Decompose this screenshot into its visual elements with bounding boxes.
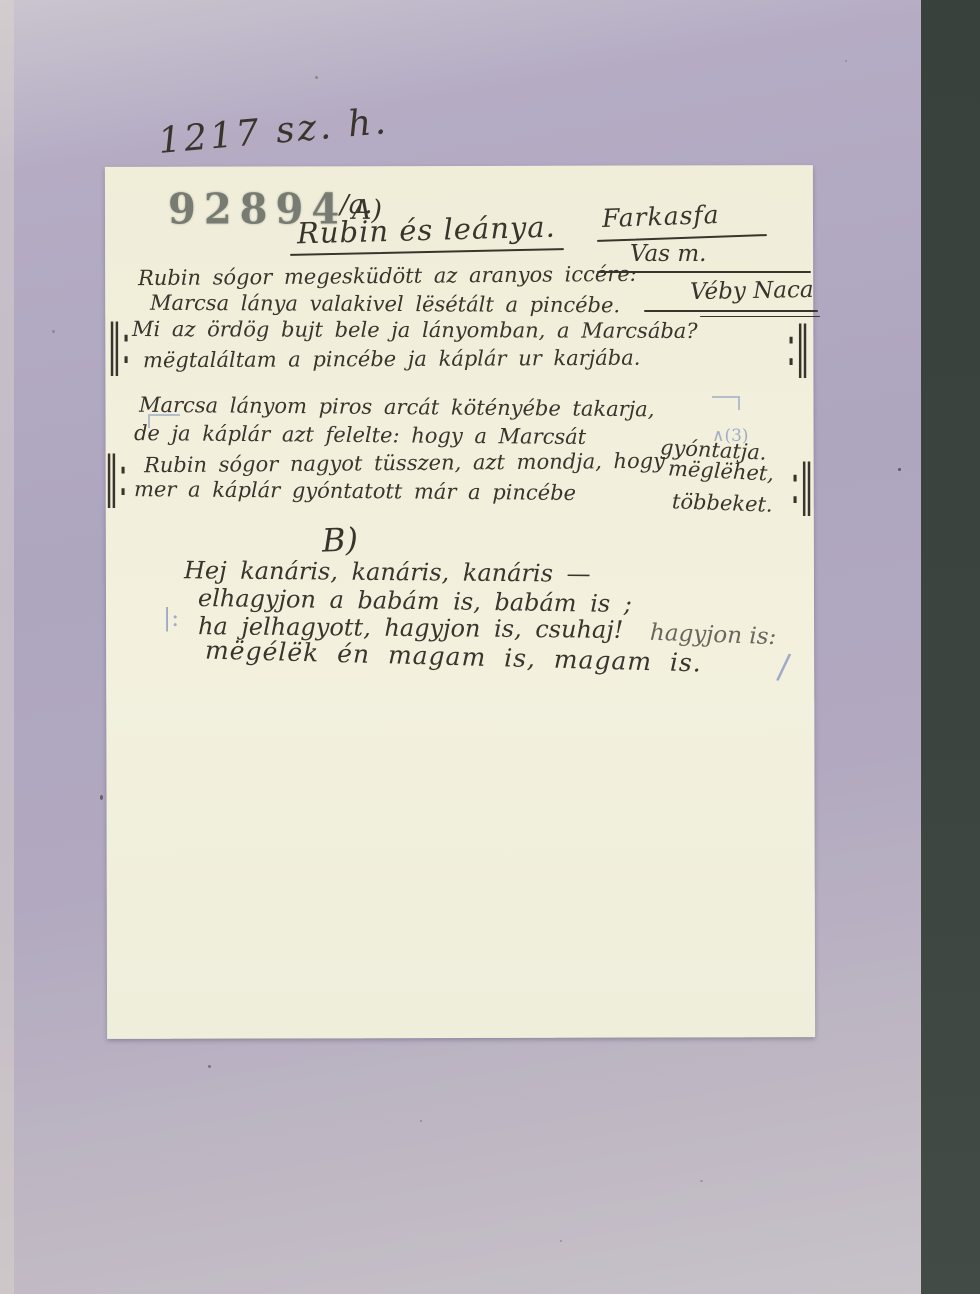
scan-dark-edge	[921, 0, 980, 1294]
paper-fleck	[898, 468, 901, 471]
verse-line: Mi az ördög bujt bele ja lányomban, a Ma…	[132, 319, 698, 342]
verse-line: Marcsa lányom piros arcát kötényébe taka…	[139, 395, 655, 420]
verse-line-tail: mëglëhet,	[668, 458, 775, 485]
paper-fleck	[315, 76, 318, 79]
paper-fleck	[845, 60, 847, 62]
song-title: Rubin és leánya.	[297, 213, 556, 249]
blue-number-mark: ∧(3)	[712, 428, 749, 445]
verse-line: Rubin sógor megesküdött az aranyos iccér…	[138, 264, 637, 289]
repeat-mark-close: :‖	[786, 322, 809, 376]
paper-fleck	[420, 1120, 422, 1122]
paper-fleck	[208, 1065, 211, 1068]
verse-line-tail: többeket.	[672, 491, 773, 516]
blue-bracket-mark	[148, 414, 180, 428]
scan-left-edge	[0, 0, 14, 1294]
repeat-mark-close: :‖	[790, 460, 813, 514]
repeat-mark-open: ‖:	[104, 452, 127, 506]
paper-fleck	[560, 1240, 562, 1242]
repeat-mark-open: ‖:	[107, 320, 130, 374]
blue-colon-mark: |:	[163, 606, 179, 630]
verse-line: de ja káplár azt felelte: hogy a Marcsát	[134, 423, 586, 448]
county-name: Vas m.	[630, 243, 706, 266]
paper-fleck	[700, 1180, 703, 1182]
blue-bracket-mark	[712, 396, 740, 410]
place-name: Farkasfa	[602, 202, 720, 231]
section-b-label: B)	[321, 523, 358, 556]
verse-line: Hej kanáris, kanáris, kanáris —	[184, 558, 591, 586]
verse-line: mer a káplár gyóntatott már a pincébe	[134, 479, 576, 504]
paper-fleck	[100, 795, 103, 800]
informant-name: Véby Naca	[690, 279, 814, 304]
verse-line: elhagyjon a babám is, babám is ;	[198, 586, 632, 616]
paper-fleck	[52, 330, 55, 333]
verse-line: Marcsa lánya valakivel lësétált a pincéb…	[150, 293, 620, 316]
verse-line: Rubin sógor nagyot tüsszen, azt mondja, …	[144, 451, 665, 477]
verse-line-tail: hagyjon is:	[650, 622, 777, 649]
informant-underline	[644, 310, 818, 312]
scanned-manuscript-page: 1217 sz. h. 92894 /a. A) Rubin és leánya…	[0, 0, 980, 1294]
verse-line: mëgtaláltam a pincébe ja káplár ur karjá…	[143, 348, 641, 372]
